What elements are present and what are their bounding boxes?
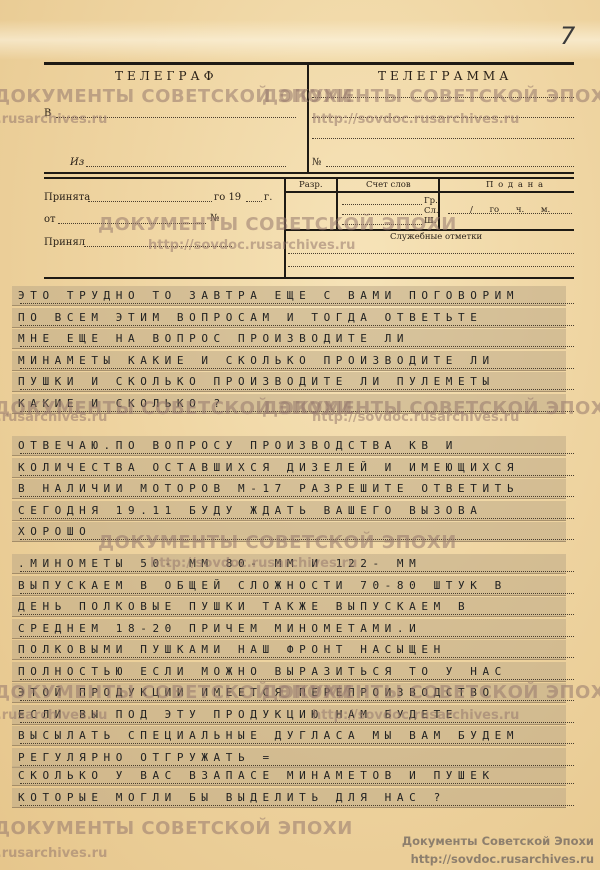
field-go19-label: го 19 xyxy=(214,192,241,203)
top-rule xyxy=(44,62,574,65)
form-ruled-line xyxy=(20,496,574,497)
tape-line: .МИНОМЕТЫ 50- ММ 80- ММ И 122- ММ xyxy=(18,557,421,570)
telegram-sheet: 7 ТЕЛЕГРАФ ТЕЛЕГРАММА В Из № Принята го … xyxy=(0,0,600,870)
row-gr: Гр. xyxy=(424,196,438,206)
table-col-divider-1 xyxy=(336,177,338,229)
row-sh: Ш. xyxy=(424,216,436,226)
field-prinyata-line[interactable] xyxy=(88,201,212,202)
field-ot-no-label: № xyxy=(210,213,219,224)
form-ruled-line xyxy=(20,636,574,637)
form-ruled-line xyxy=(20,368,574,369)
form-bottom-rule xyxy=(44,277,574,279)
form-ruled-line xyxy=(20,411,574,412)
sluzhebnye-line-2[interactable] xyxy=(288,266,574,267)
table-col-divider-2 xyxy=(438,177,440,229)
form-ruled-line xyxy=(20,679,574,680)
telegramma-line-2[interactable] xyxy=(312,117,574,118)
form-ruled-line xyxy=(20,303,574,304)
sluzhebnye-otmetki: Служебные отметки xyxy=(390,232,482,242)
header-bottom-rule xyxy=(44,172,574,174)
form-ruled-line xyxy=(20,571,574,572)
telegramma-line-1[interactable] xyxy=(312,97,574,98)
form-ruled-line xyxy=(20,539,574,540)
field-no-line[interactable] xyxy=(326,166,574,167)
form-ruled-line xyxy=(20,325,574,326)
page-number: 7 xyxy=(560,22,575,50)
form-ruled-line xyxy=(20,346,574,347)
form-ruled-line xyxy=(20,518,574,519)
tape-line: ЭТО ТРУДНО ТО ЗАВТРА ЕЩЕ С ВАМИ ПОГОВОРИ… xyxy=(18,289,519,302)
field-prinyal-line[interactable] xyxy=(84,246,232,247)
header-divider xyxy=(307,64,309,172)
tape-line: ДЕНЬ ПОЛКОВЫЕ ПУШКИ ТАКЖЕ ВЫПУСКАЕМ В xyxy=(18,600,470,613)
tape-line: ЕСЛИ ВЫ ПОД ЭТУ ПРОДУКЦИЮ НАМ БУДЕТЕ xyxy=(18,708,458,721)
podana-values: / го ч. м. xyxy=(470,205,550,215)
form-ruled-line xyxy=(20,743,574,744)
field-ot-line[interactable] xyxy=(58,223,206,224)
watermark-title: ДОКУМЕНТЫ СОВЕТСКОЙ ЭПОХИ xyxy=(0,818,353,839)
tape-line: ВЫСЫЛАТЬ СПЕЦИАЛЬНЫЕ ДУГЛАСА МЫ ВАМ БУДЕ… xyxy=(18,729,519,742)
field-iz-label: Из xyxy=(70,157,84,168)
tape-line: ЭТОЙ ПРОДУКЦИИ ИМЕЕТСЯ ПЕРЕПРОИЗВОДСТВО xyxy=(18,686,495,699)
watermark-url: http://sovdoc.rusarchives.ru xyxy=(0,112,107,127)
telegramma-line-3[interactable] xyxy=(312,138,574,139)
watermark-url: http://sovdoc.rusarchives.ru xyxy=(312,112,519,127)
form-ruled-line xyxy=(20,475,574,476)
tape-line: КАКИЕ И СКОЛЬКО ? xyxy=(18,397,226,410)
tape-line: ПО ВСЕМ ЭТИМ ВОПРОСАМ И ТОГДА ОТВЕТЬТЕ xyxy=(18,311,482,324)
field-year-line[interactable] xyxy=(246,201,262,202)
row-sl: Сл. xyxy=(424,206,439,216)
form-ruled-line xyxy=(20,657,574,658)
tape-line: СРЕДНЕМ 18-20 ПРИЧЕМ МИНОМЕТАМИ.И xyxy=(18,622,421,635)
col-schet-slov: Счет слов xyxy=(366,180,411,190)
tape-line: МНЕ ЕЩЕ НА ВОПРОС ПРОИЗВОДИТЕ ЛИ xyxy=(18,332,409,345)
watermark-url: http://sovdoc.rusarchives.ru xyxy=(0,846,107,861)
tape-line: МИНАМЕТЫ КАКИЕ И СКОЛЬКО ПРОИЗВОДИТЕ ЛИ xyxy=(18,354,495,367)
row-gr-line[interactable] xyxy=(342,204,422,205)
field-prinyata-label: Принята xyxy=(44,192,90,203)
tape-line: КОТОРЫЕ МОГЛИ БЫ ВЫДЕЛИТЬ ДЛЯ НАС ? xyxy=(18,791,446,804)
field-v-line[interactable] xyxy=(56,117,296,118)
form-ruled-line xyxy=(20,389,574,390)
form-ruled-line xyxy=(20,700,574,701)
paper-fold xyxy=(0,20,600,60)
tape-line: СКОЛЬКО У ВАС ВЗАПАСЕ МИНАМЕТОВ И ПУШЕК xyxy=(18,769,495,782)
archive-credit-url[interactable]: http://sovdoc.rusarchives.ru xyxy=(411,852,594,866)
tape-line: ПУШКИ И СКОЛЬКО ПРОИЗВОДИТЕ ЛИ ПУЛЕМЕТЫ xyxy=(18,375,495,388)
form-ruled-line xyxy=(20,593,574,594)
table-header-rule xyxy=(284,191,574,193)
telegramma-header: ТЕЛЕГРАММА xyxy=(378,69,512,83)
tape-line: ВЫПУСКАЕМ В ОБЩЕЙ СЛОЖНОСТИ 70-80 ШТУК В xyxy=(18,579,507,592)
tape-line: ПОЛНОСТЬЮ ЕСЛИ МОЖНО ВЫРАЗИТЬСЯ ТО У НАС xyxy=(18,665,507,678)
form-ruled-line xyxy=(20,453,574,454)
tape-line: ПОЛКОВЫМИ ПУШКАМИ НАШ ФРОНТ НАСЫЩЕН xyxy=(18,643,446,656)
tape-line: ОТВЕЧАЮ.ПО ВОПРОСУ ПРОИЗВОДСТВА КВ И xyxy=(18,439,458,452)
form-ruled-line xyxy=(20,783,574,784)
archive-credit-title: Документы Советской Эпохи xyxy=(402,834,594,848)
form-ruled-line xyxy=(20,805,574,806)
tape-line: РЕГУЛЯРНО ОТГРУЖАТЬ = xyxy=(18,751,275,764)
field-g-label: г. xyxy=(264,192,272,203)
table-bottom-rule xyxy=(284,229,574,231)
col-podana: П о д а н а xyxy=(486,180,544,190)
form-ruled-line xyxy=(20,614,574,615)
watermark-title: ДОКУМЕНТЫ СОВЕТСКОЙ ЭПОХИ xyxy=(0,86,353,107)
field-iz-line[interactable] xyxy=(86,166,286,167)
row-sl-line[interactable] xyxy=(342,214,422,215)
tape-line: СЕГОДНЯ 19.11 БУДУ ЖДАТЬ ВАШЕГО ВЫЗОВА xyxy=(18,504,482,517)
sluzhebnye-line-1[interactable] xyxy=(288,253,574,254)
mid-rule xyxy=(44,177,574,179)
tape-line: КОЛИЧЕСТВА ОСТАВШИХСЯ ДИЗЕЛЕЙ И ИМЕЮЩИХС… xyxy=(18,461,519,474)
field-prinyal-label: Принял xyxy=(44,237,85,248)
form-ruled-line xyxy=(20,722,574,723)
field-no-label: № xyxy=(312,157,321,168)
tape-line: В НАЛИЧИИ МОТОРОВ М-17 РАЗРЕШИТЕ ОТВЕТИТ… xyxy=(18,482,519,495)
field-ot-label: от xyxy=(44,214,56,225)
row-sh-line[interactable] xyxy=(342,224,422,225)
col-razr: Разр. xyxy=(299,180,323,190)
field-v-label: В xyxy=(44,108,51,119)
tape-line: ХОРОШО xyxy=(18,525,91,538)
telegraf-header: ТЕЛЕГРАФ xyxy=(115,69,218,83)
